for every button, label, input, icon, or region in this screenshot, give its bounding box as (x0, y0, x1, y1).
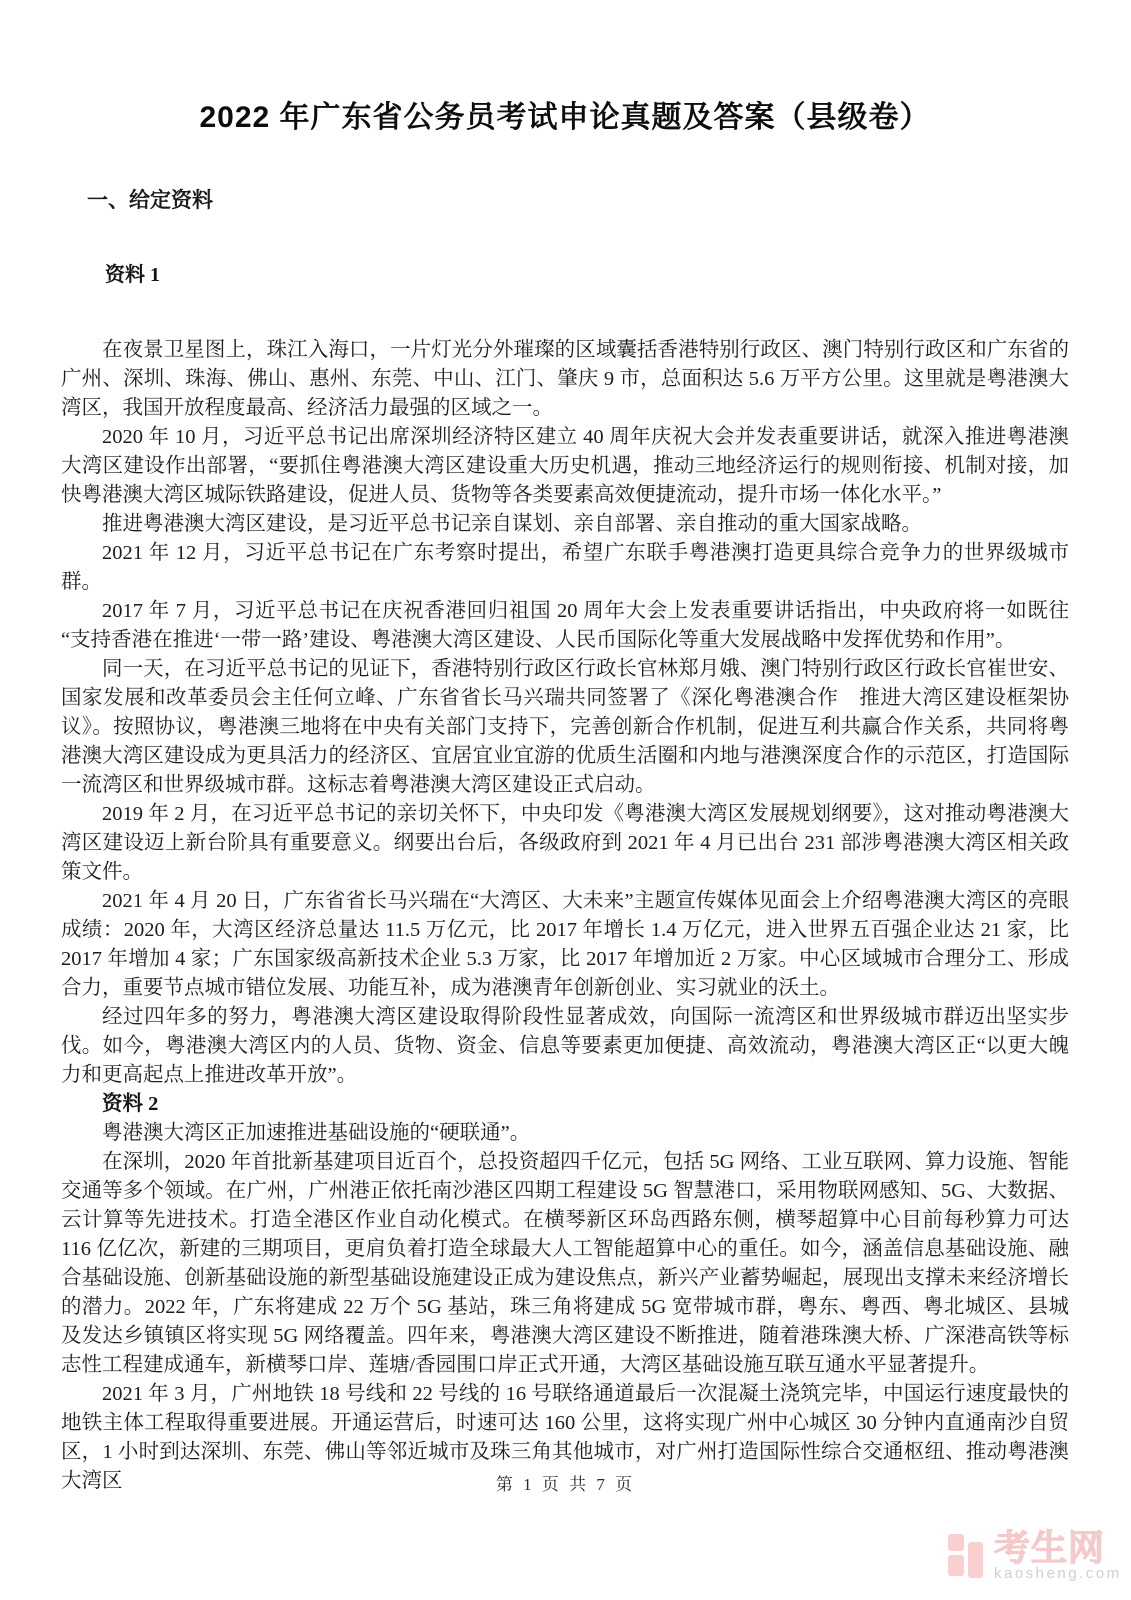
paragraph: 粤港澳大湾区正加速推进基础设施的“硬联通”。 (61, 1119, 1069, 1148)
document-title: 2022 年广东省公务员考试申论真题及答案（县级卷） (61, 96, 1069, 140)
watermark-text: 考生网 kaosheng.com (994, 1531, 1122, 1581)
logo-right-column (968, 1534, 983, 1578)
material-1-body: 在夜景卫星图上，珠江入海口，一片灯光分外璀璨的区域囊括香港特别行政区、澳门特别行… (61, 336, 1069, 1090)
watermark-en-text: kaosheng.com (994, 1566, 1122, 1581)
logo-left-column (948, 1534, 964, 1578)
paragraph: 2021 年 12 月，习近平总书记在广东考察时提出，希望广东联手粤港澳打造更具… (61, 539, 1069, 597)
kaosheng-watermark: 考生网 kaosheng.com (948, 1531, 1122, 1581)
material-2-body: 粤港澳大湾区正加速推进基础设施的“硬联通”。 在深圳，2020 年首批新基建项目… (61, 1119, 1069, 1496)
material-1-heading: 资料 1 (61, 260, 1069, 290)
page-number-label: 第 1 页 共 7 页 (496, 1475, 635, 1494)
document-page: 2022 年广东省公务员考试申论真题及答案（县级卷） 一、给定资料 资料 1 在… (0, 0, 1131, 1600)
kaosheng-logo-icon (948, 1534, 983, 1578)
paragraph: 经过四年多的努力，粤港澳大湾区建设取得阶段性显著成效，向国际一流湾区和世界级城市… (61, 1003, 1069, 1090)
watermark-cn-text: 考生网 (994, 1531, 1122, 1565)
paragraph: 在深圳，2020 年首批新基建项目近百个，总投资超四千亿元，包括 5G 网络、工… (61, 1148, 1069, 1380)
paragraph: 2017 年 7 月，习近平总书记在庆祝香港回归祖国 20 周年大会上发表重要讲… (61, 597, 1069, 655)
section-heading-given-materials: 一、给定资料 (61, 186, 1069, 216)
paragraph: 同一天，在习近平总书记的见证下，香港特别行政区行政长官林郑月娥、澳门特别行政区行… (61, 655, 1069, 800)
document-content: 2022 年广东省公务员考试申论真题及答案（县级卷） 一、给定资料 资料 1 在… (0, 0, 1131, 1496)
paragraph: 2021 年 4 月 20 日，广东省省长马兴瑞在“大湾区、大未来”主题宣传媒体… (61, 887, 1069, 1003)
paragraph: 2019 年 2 月，在习近平总书记的亲切关怀下，中央印发《粤港澳大湾区发展规划… (61, 800, 1069, 887)
material-2-heading: 资料 2 (61, 1090, 1069, 1119)
page-footer: 第 1 页 共 7 页 (0, 1470, 1131, 1495)
paragraph: 2020 年 10 月，习近平总书记出席深圳经济特区建立 40 周年庆祝大会并发… (61, 423, 1069, 510)
paragraph: 推进粤港澳大湾区建设，是习近平总书记亲自谋划、亲自部署、亲自推动的重大国家战略。 (61, 510, 1069, 539)
paragraph: 在夜景卫星图上，珠江入海口，一片灯光分外璀璨的区域囊括香港特别行政区、澳门特别行… (61, 336, 1069, 423)
